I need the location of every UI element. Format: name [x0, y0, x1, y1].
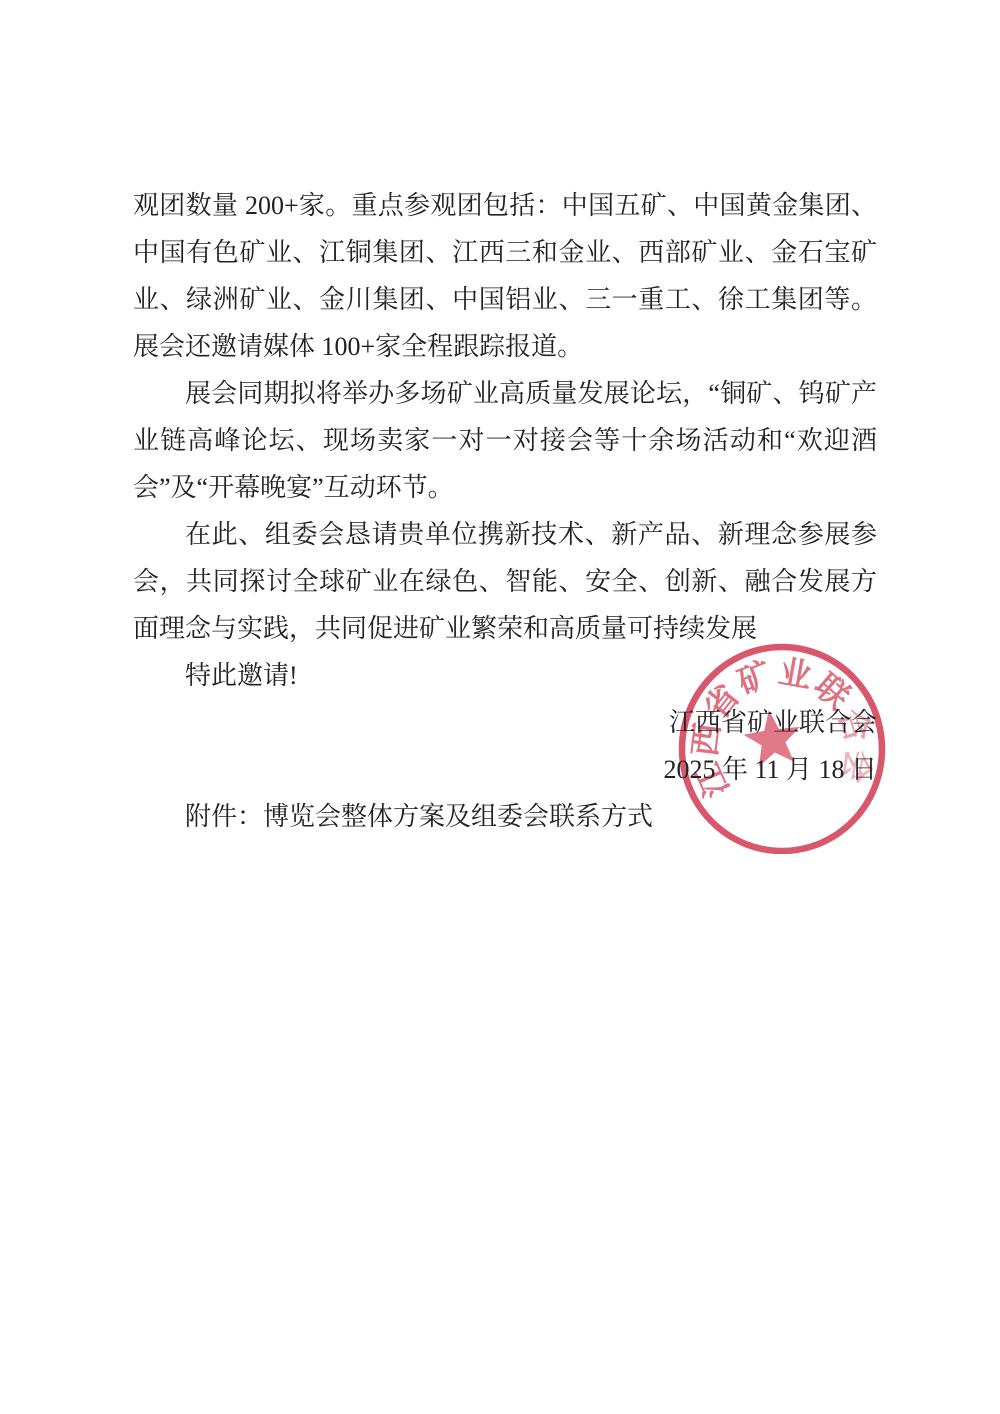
body-paragraph: 展会同期拟将举办多场矿业高质量发展论坛，“铜矿、钨矿产业链高峰论坛、现场卖家一对… [133, 370, 877, 511]
closing-phrase: 特此邀请! [133, 652, 877, 699]
letter-body: 观团数量 200+家。重点参观团包括：中国五矿、中国黄金集团、中国有色矿业、江铜… [133, 182, 877, 840]
body-paragraph: 观团数量 200+家。重点参观团包括：中国五矿、中国黄金集团、中国有色矿业、江铜… [133, 182, 877, 370]
body-paragraph: 在此、组委会恳请贵单位携新技术、新产品、新理念参展参会，共同探讨全球矿业在绿色、… [133, 511, 877, 652]
letter-page: 江 西 省 矿 业 联 合 会 观团数量 200+家。重点参观团包括：中国五矿、… [0, 0, 1000, 1414]
attachment-note: 附件：博览会整体方案及组委会联系方式 [133, 793, 877, 840]
signature-date: 2025 年 11 月 18 日 [133, 746, 877, 793]
signature-organization: 江西省矿业联合会 [133, 699, 877, 746]
